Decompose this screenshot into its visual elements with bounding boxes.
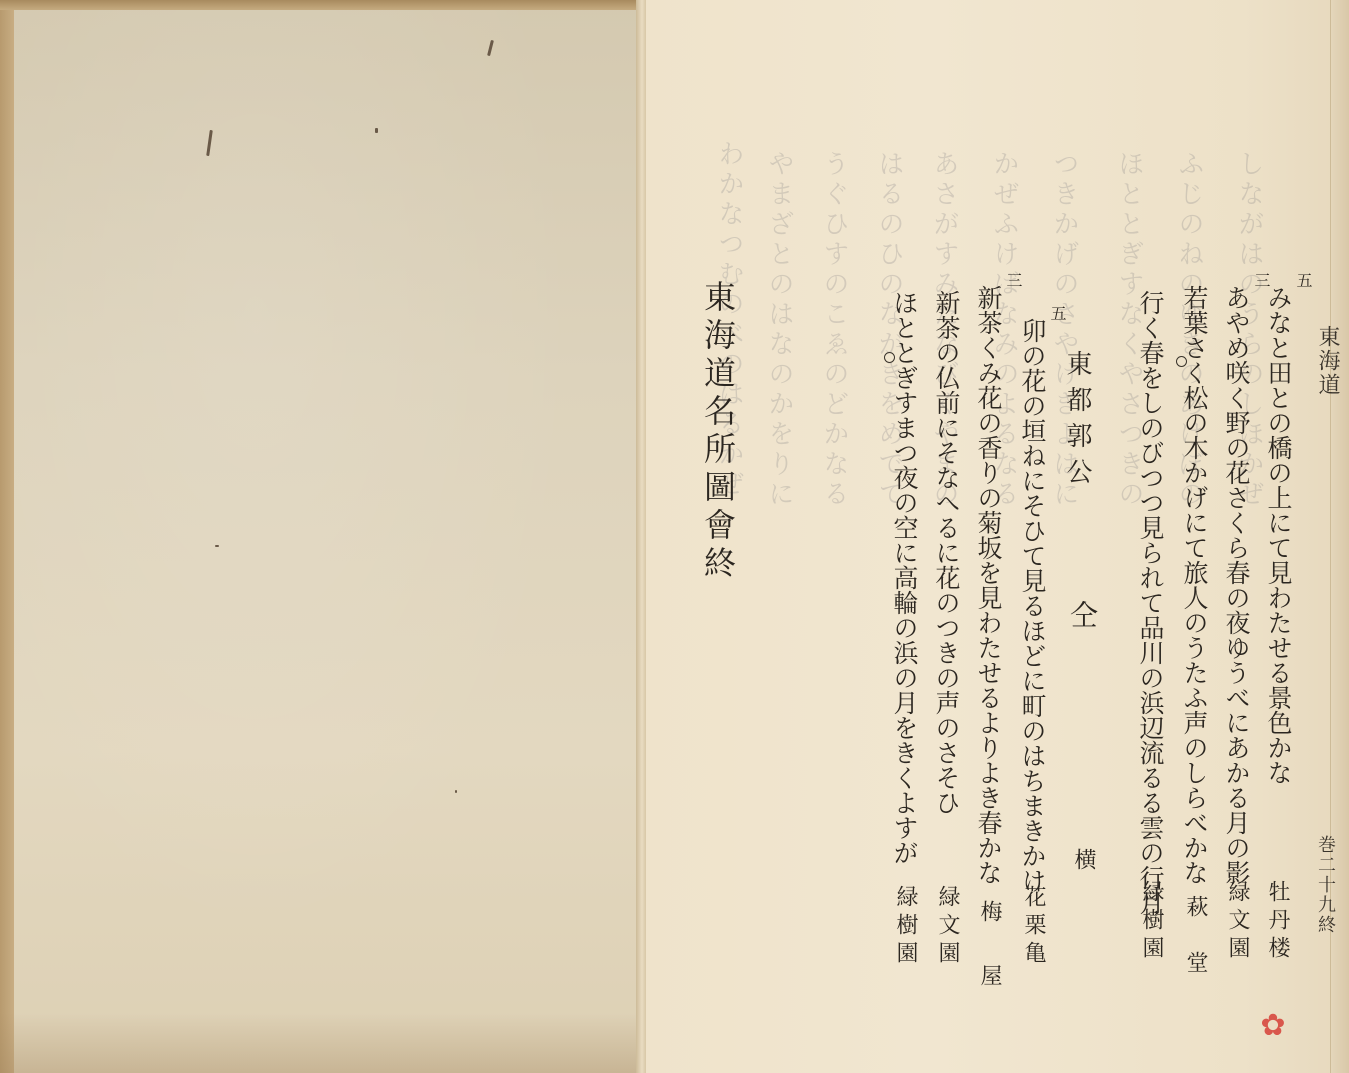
- poem-text: あやめ咲く野の花さくら春の夜ゆうべにあかる月の影: [1224, 285, 1249, 885]
- poem-text: 新茶の仏前にそなへるに花のつきの声のさそひ: [934, 290, 959, 815]
- section-mark: 仝: [1068, 600, 1096, 628]
- book-gutter: [636, 0, 646, 1073]
- section-author: 東都郭公: [1064, 350, 1090, 494]
- book-spread: わかなつむのべのはるかぜ やまざとのはなのかをりに うぐひすのこゑのどかなる は…: [0, 0, 1349, 1073]
- left-page-shadow: [0, 1013, 640, 1073]
- margin-folio: 巻二十九終: [1316, 835, 1334, 935]
- poem-text: 若葉さく松の木かげにて旅人のうたふ声のしらべかな: [1182, 285, 1207, 885]
- show-through-text: つきかげのさやけきよはに: [1051, 150, 1077, 1030]
- poem-number: 三: [1002, 272, 1025, 288]
- left-page-blank: [0, 0, 640, 1073]
- poem-author: 梅 屋: [978, 900, 1000, 996]
- poem-author: 緑文園: [936, 885, 958, 969]
- paper-speck: [215, 545, 219, 547]
- poem-text: 卯の花の垣ねにそひて見るほどに町のはちまきかけ: [1020, 318, 1045, 893]
- poem-author: 牡丹楼: [1266, 880, 1288, 964]
- poem-author: 萩 堂: [1184, 895, 1206, 979]
- show-through-text: やまざとのはなのかをりに: [766, 150, 792, 1030]
- paper-speck: [375, 128, 378, 133]
- poem-text: 新茶くみ花の香りの菊坂を見わたせるよりよき春かな: [976, 285, 1001, 885]
- punctuation-circle: [884, 352, 895, 363]
- poem-text: ほととぎすまつ夜の空に高輪の浜の月をきくよすが: [892, 290, 917, 865]
- poem-author: 花栗亀: [1022, 885, 1044, 969]
- red-seal-stamp: ✿: [1256, 1006, 1290, 1046]
- poem-author: 緑樹園: [1140, 880, 1162, 964]
- poem-author: 緑樹園: [894, 885, 916, 969]
- left-binding-edge: [0, 0, 14, 1073]
- margin-title: 東海道: [1316, 325, 1338, 397]
- poem-text: 行く春をしのびつつ見られて品川の浜辺流るる雲の行月: [1138, 290, 1163, 915]
- right-page-text: わかなつむのべのはるかぜ やまざとのはなのかをりに うぐひすのこゑのどかなる は…: [646, 0, 1349, 1073]
- poem-author: 緑文園: [1226, 880, 1248, 964]
- left-top-edge: [0, 0, 640, 10]
- punctuation-circle: [1176, 356, 1187, 367]
- poem-number: 五: [1046, 305, 1069, 321]
- poem-number: 三: [1250, 272, 1273, 288]
- paper-speck: [206, 130, 213, 156]
- poem-text: みなと田との橋の上にて見わたせる景色かな: [1266, 285, 1291, 785]
- section-sub: 横: [1072, 848, 1094, 870]
- show-through-text: うぐひすのこゑのどかなる: [821, 150, 847, 1030]
- paper-speck: [455, 790, 457, 793]
- paper-speck: [487, 40, 494, 56]
- poem-number: 五: [1292, 272, 1315, 288]
- closing-title: 東海道名所圖會終: [702, 280, 734, 584]
